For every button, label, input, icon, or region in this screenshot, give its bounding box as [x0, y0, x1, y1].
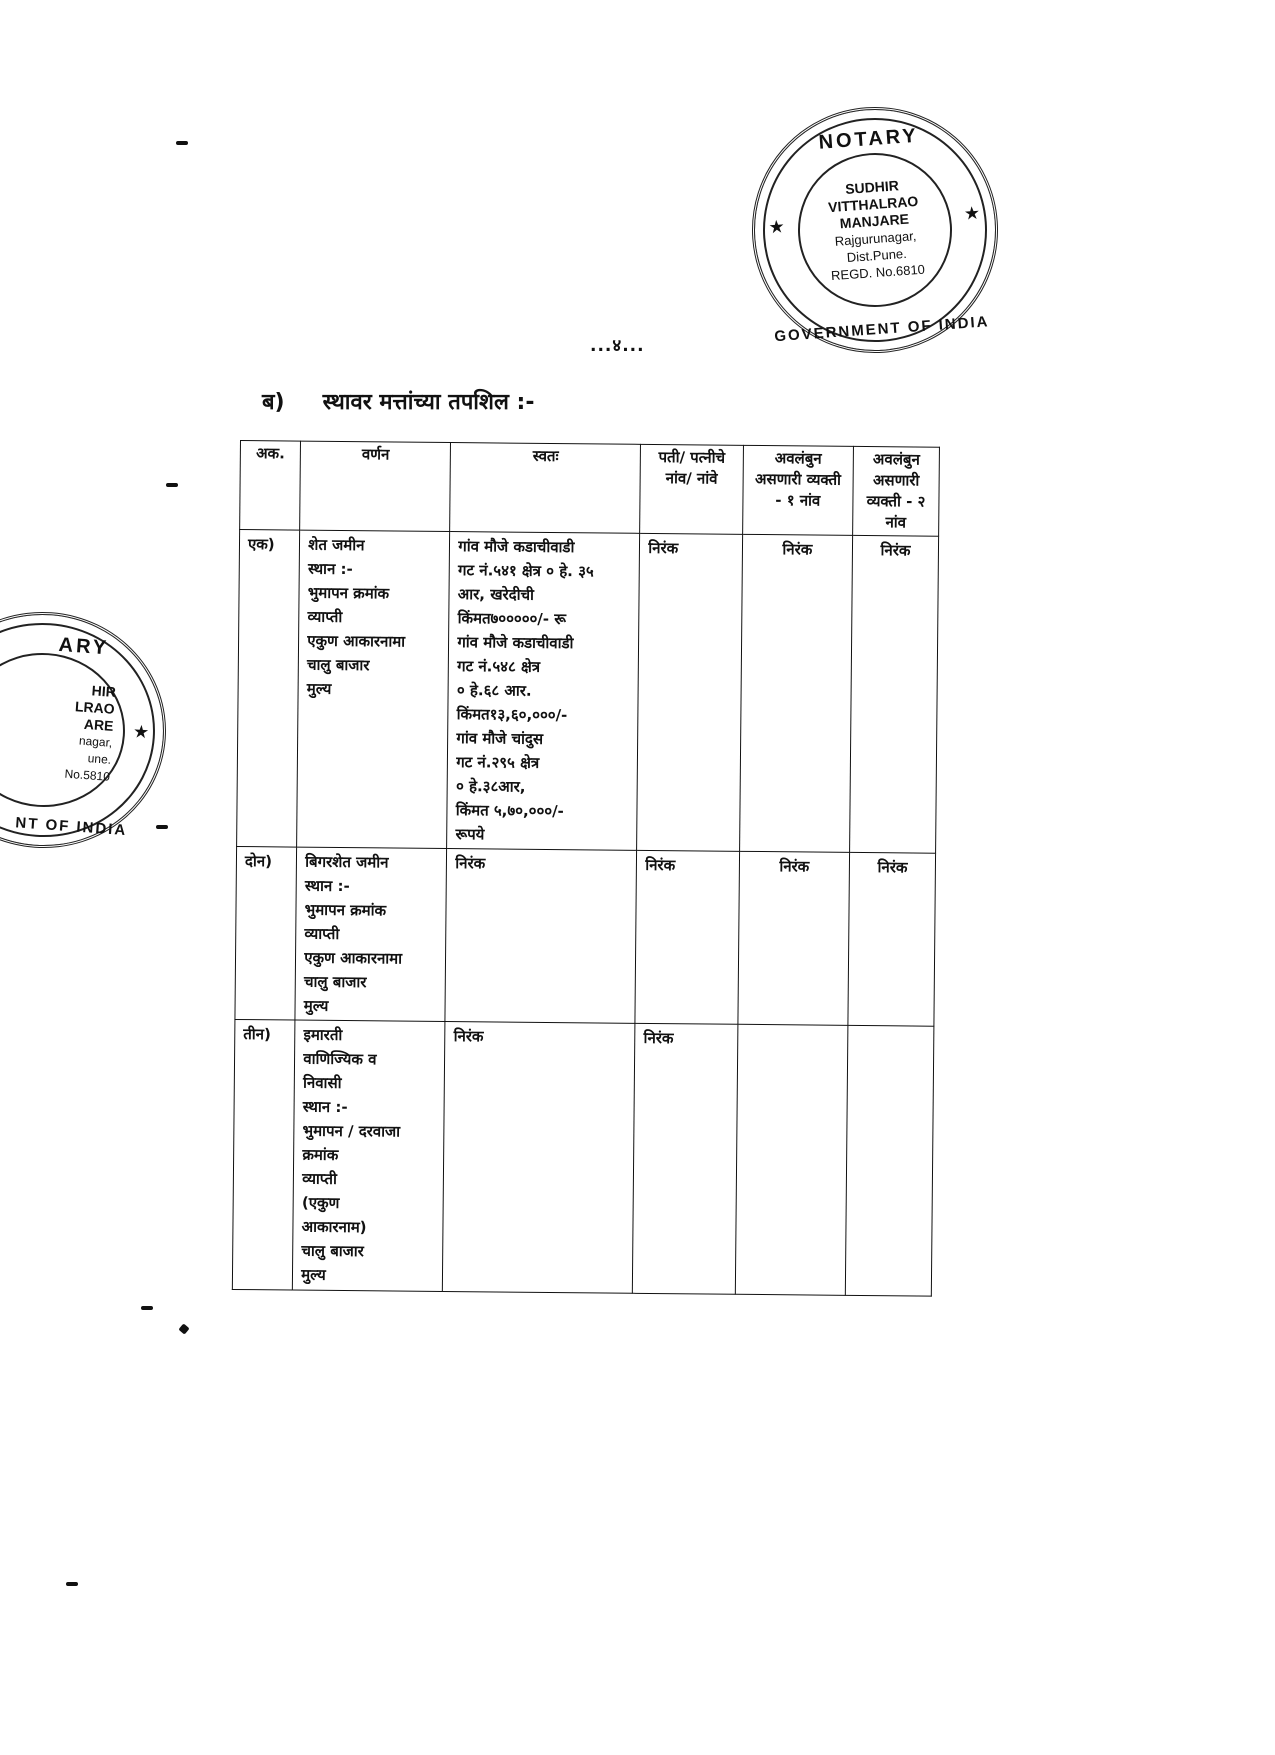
notary-stamp-partial: ARY ★ HIR LRAO ARE nagar, une. No.5810 N… — [0, 604, 174, 857]
notary-district: une. — [87, 750, 111, 769]
cell-serial: तीन) — [232, 1019, 295, 1290]
table-row: एक)शेत जमीनस्थान :-भुमापन क्रमांकव्याप्त… — [237, 530, 939, 854]
cell-self: निरंक — [445, 849, 637, 1024]
header-spouse: पती/ पत्नीचे नांव/ नांवे — [640, 444, 743, 534]
cell-self-line: गांव मौजे कडाचीवाडी — [457, 630, 630, 656]
header-serial: अक. — [240, 441, 301, 531]
header-self: स्वतः — [450, 443, 641, 534]
section-marker: ब) — [262, 386, 285, 416]
cell-description-line: चालु बाजार — [304, 970, 437, 995]
cell-description-line: मुल्य — [301, 1263, 434, 1288]
scan-mark — [156, 825, 168, 829]
table-header-row: अक. वर्णन स्वतः पती/ पत्नीचे नांव/ नांवे… — [240, 441, 940, 537]
stamp-authority: GOVERNMENT OF INDIA — [762, 312, 1003, 346]
cell-spouse: निरंक — [633, 1023, 738, 1294]
cell-description: बिगरशेत जमीनस्थान :-भुमापन क्रमांकव्याप्… — [295, 847, 447, 1021]
table-row: तीन)इमारतीवाणिज्यिक वनिवासीस्थान :-भुमाप… — [232, 1019, 934, 1296]
cell-self-line: किंमत ५,७०,०००/- — [456, 798, 629, 824]
cell-description: इमारतीवाणिज्यिक वनिवासीस्थान :-भुमापन / … — [293, 1020, 446, 1291]
cell-dependent-2 — [845, 1025, 933, 1296]
cell-description-line: भुमापन क्रमांक — [308, 581, 441, 606]
scan-mark — [141, 1306, 153, 1310]
cell-spouse: निरंक — [637, 533, 742, 851]
header-description: वर्णन — [300, 441, 451, 531]
cell-description-line: बिगरशेत जमीन — [305, 850, 438, 875]
cell-description-line: इमारती — [303, 1023, 436, 1048]
cell-description-line: एकुण आकारनामा — [304, 946, 437, 971]
section-title: स्थावर मत्तांच्या तपशिल :- — [323, 386, 535, 416]
cell-self-line: ० हे.३८आर, — [456, 774, 629, 800]
cell-description-line: व्याप्ती — [304, 922, 437, 947]
cell-self-line: किंमत१३,६०,०००/- — [457, 702, 630, 728]
star-icon: ★ — [132, 721, 150, 743]
cell-dependent-2: निरंक — [850, 535, 939, 853]
cell-description-line: स्थान :- — [308, 557, 441, 582]
cell-self-line: निरंक — [454, 1024, 627, 1050]
stamp-details: HIR LRAO ARE nagar, une. No.5810 — [0, 647, 130, 812]
cell-description-line: भुमापन क्रमांक — [305, 898, 438, 923]
cell-self-line: गट नं.५४८ क्षेत्र — [457, 654, 630, 680]
star-icon: ★ — [963, 203, 981, 225]
stamp-details: SUDHIR VITTHALRAO MANJARE Rajgurunagar, … — [793, 148, 957, 312]
cell-description-line: वाणिज्यिक व — [303, 1047, 436, 1072]
cell-self-line: गट नं.५४१ क्षेत्र ० हे. ३५ — [458, 558, 631, 584]
cell-description-line: चालु बाजार — [301, 1239, 434, 1264]
header-dependent-1: अवलंबुन असणारी व्यक्ती - १ नांव — [742, 445, 853, 535]
cell-self-line: गांव मौजे कडाचीवाडी — [458, 534, 631, 560]
cell-self: गांव मौजे कडाचीवाडीगट नं.५४१ क्षेत्र ० ह… — [447, 532, 640, 851]
cell-serial: एक) — [237, 530, 300, 848]
notary-reg-no: REGD. No.6810 — [831, 261, 926, 285]
cell-description-line: भुमापन / दरवाजा — [302, 1119, 435, 1144]
notary-name-line1: HIR — [91, 682, 116, 701]
notary-name-line3: ARE — [83, 716, 114, 735]
cell-description-line: व्याप्ती — [302, 1167, 435, 1192]
stamp-authority: NT OF INDIA — [0, 807, 157, 841]
cell-description-line: एकुण आकारनामा — [307, 629, 440, 654]
cell-description-line: स्थान :- — [303, 1095, 436, 1120]
notary-stamp: NOTARY ★ ★ SUDHIR VITTHALRAO MANJARE Raj… — [744, 99, 1007, 362]
scan-mark — [66, 1582, 78, 1586]
cell-description: शेत जमीनस्थान :-भुमापन क्रमांकव्याप्तीएक… — [297, 530, 450, 848]
cell-description-line: स्थान :- — [305, 874, 438, 899]
header-dependent-2: अवलंबुन असणारी व्यक्ती - २ नांव — [853, 446, 940, 536]
cell-description-line: आकारनाम) — [302, 1215, 435, 1240]
cell-description-line: चालु बाजार — [307, 653, 440, 678]
cell-self-line: ० हे.६८ आर. — [457, 678, 630, 704]
cell-self-line: गांव मौजे चांदुस — [456, 726, 629, 752]
page-number: ...४... — [590, 333, 645, 356]
notary-name-line2: LRAO — [74, 698, 115, 718]
cell-self-line: गट नं.२९५ क्षेत्र — [456, 750, 629, 776]
cell-dependent-2: निरंक — [848, 852, 936, 1026]
table-row: दोन)बिगरशेत जमीनस्थान :-भुमापन क्रमांकव्… — [235, 846, 936, 1026]
cell-self: निरंक — [443, 1021, 636, 1293]
scan-mark — [166, 483, 178, 487]
immovable-assets-table: अक. वर्णन स्वतः पती/ पत्नीचे नांव/ नांवे… — [232, 440, 940, 1297]
cell-description-line: (एकुण — [302, 1191, 435, 1216]
section-heading: ब) स्थावर मत्तांच्या तपशिल :- — [262, 386, 534, 416]
cell-self-line: किंमत७०००००/- रू — [458, 606, 631, 632]
cell-dependent-1: निरंक — [739, 534, 853, 852]
cell-self-line: रूपये — [455, 822, 628, 848]
cell-description-line: निवासी — [303, 1071, 436, 1096]
cell-self-line: आर, खरेदीची — [458, 582, 631, 608]
cell-self-line: निरंक — [455, 851, 628, 877]
notary-place: nagar, — [78, 733, 112, 752]
scan-mark — [178, 1323, 189, 1334]
cell-description-line: मुल्य — [304, 994, 437, 1019]
cell-description-line: शेत जमीन — [308, 533, 441, 558]
star-icon: ★ — [768, 216, 786, 238]
cell-dependent-1 — [735, 1024, 848, 1295]
notary-reg-no: No.5810 — [64, 766, 110, 786]
cell-dependent-1: निरंक — [738, 851, 850, 1025]
scan-mark — [176, 141, 188, 145]
cell-description-line: क्रमांक — [302, 1143, 435, 1168]
cell-description-line: व्याप्ती — [307, 605, 440, 630]
cell-serial: दोन) — [235, 846, 297, 1020]
cell-description-line: मुल्य — [307, 677, 440, 702]
cell-spouse: निरंक — [635, 850, 739, 1024]
